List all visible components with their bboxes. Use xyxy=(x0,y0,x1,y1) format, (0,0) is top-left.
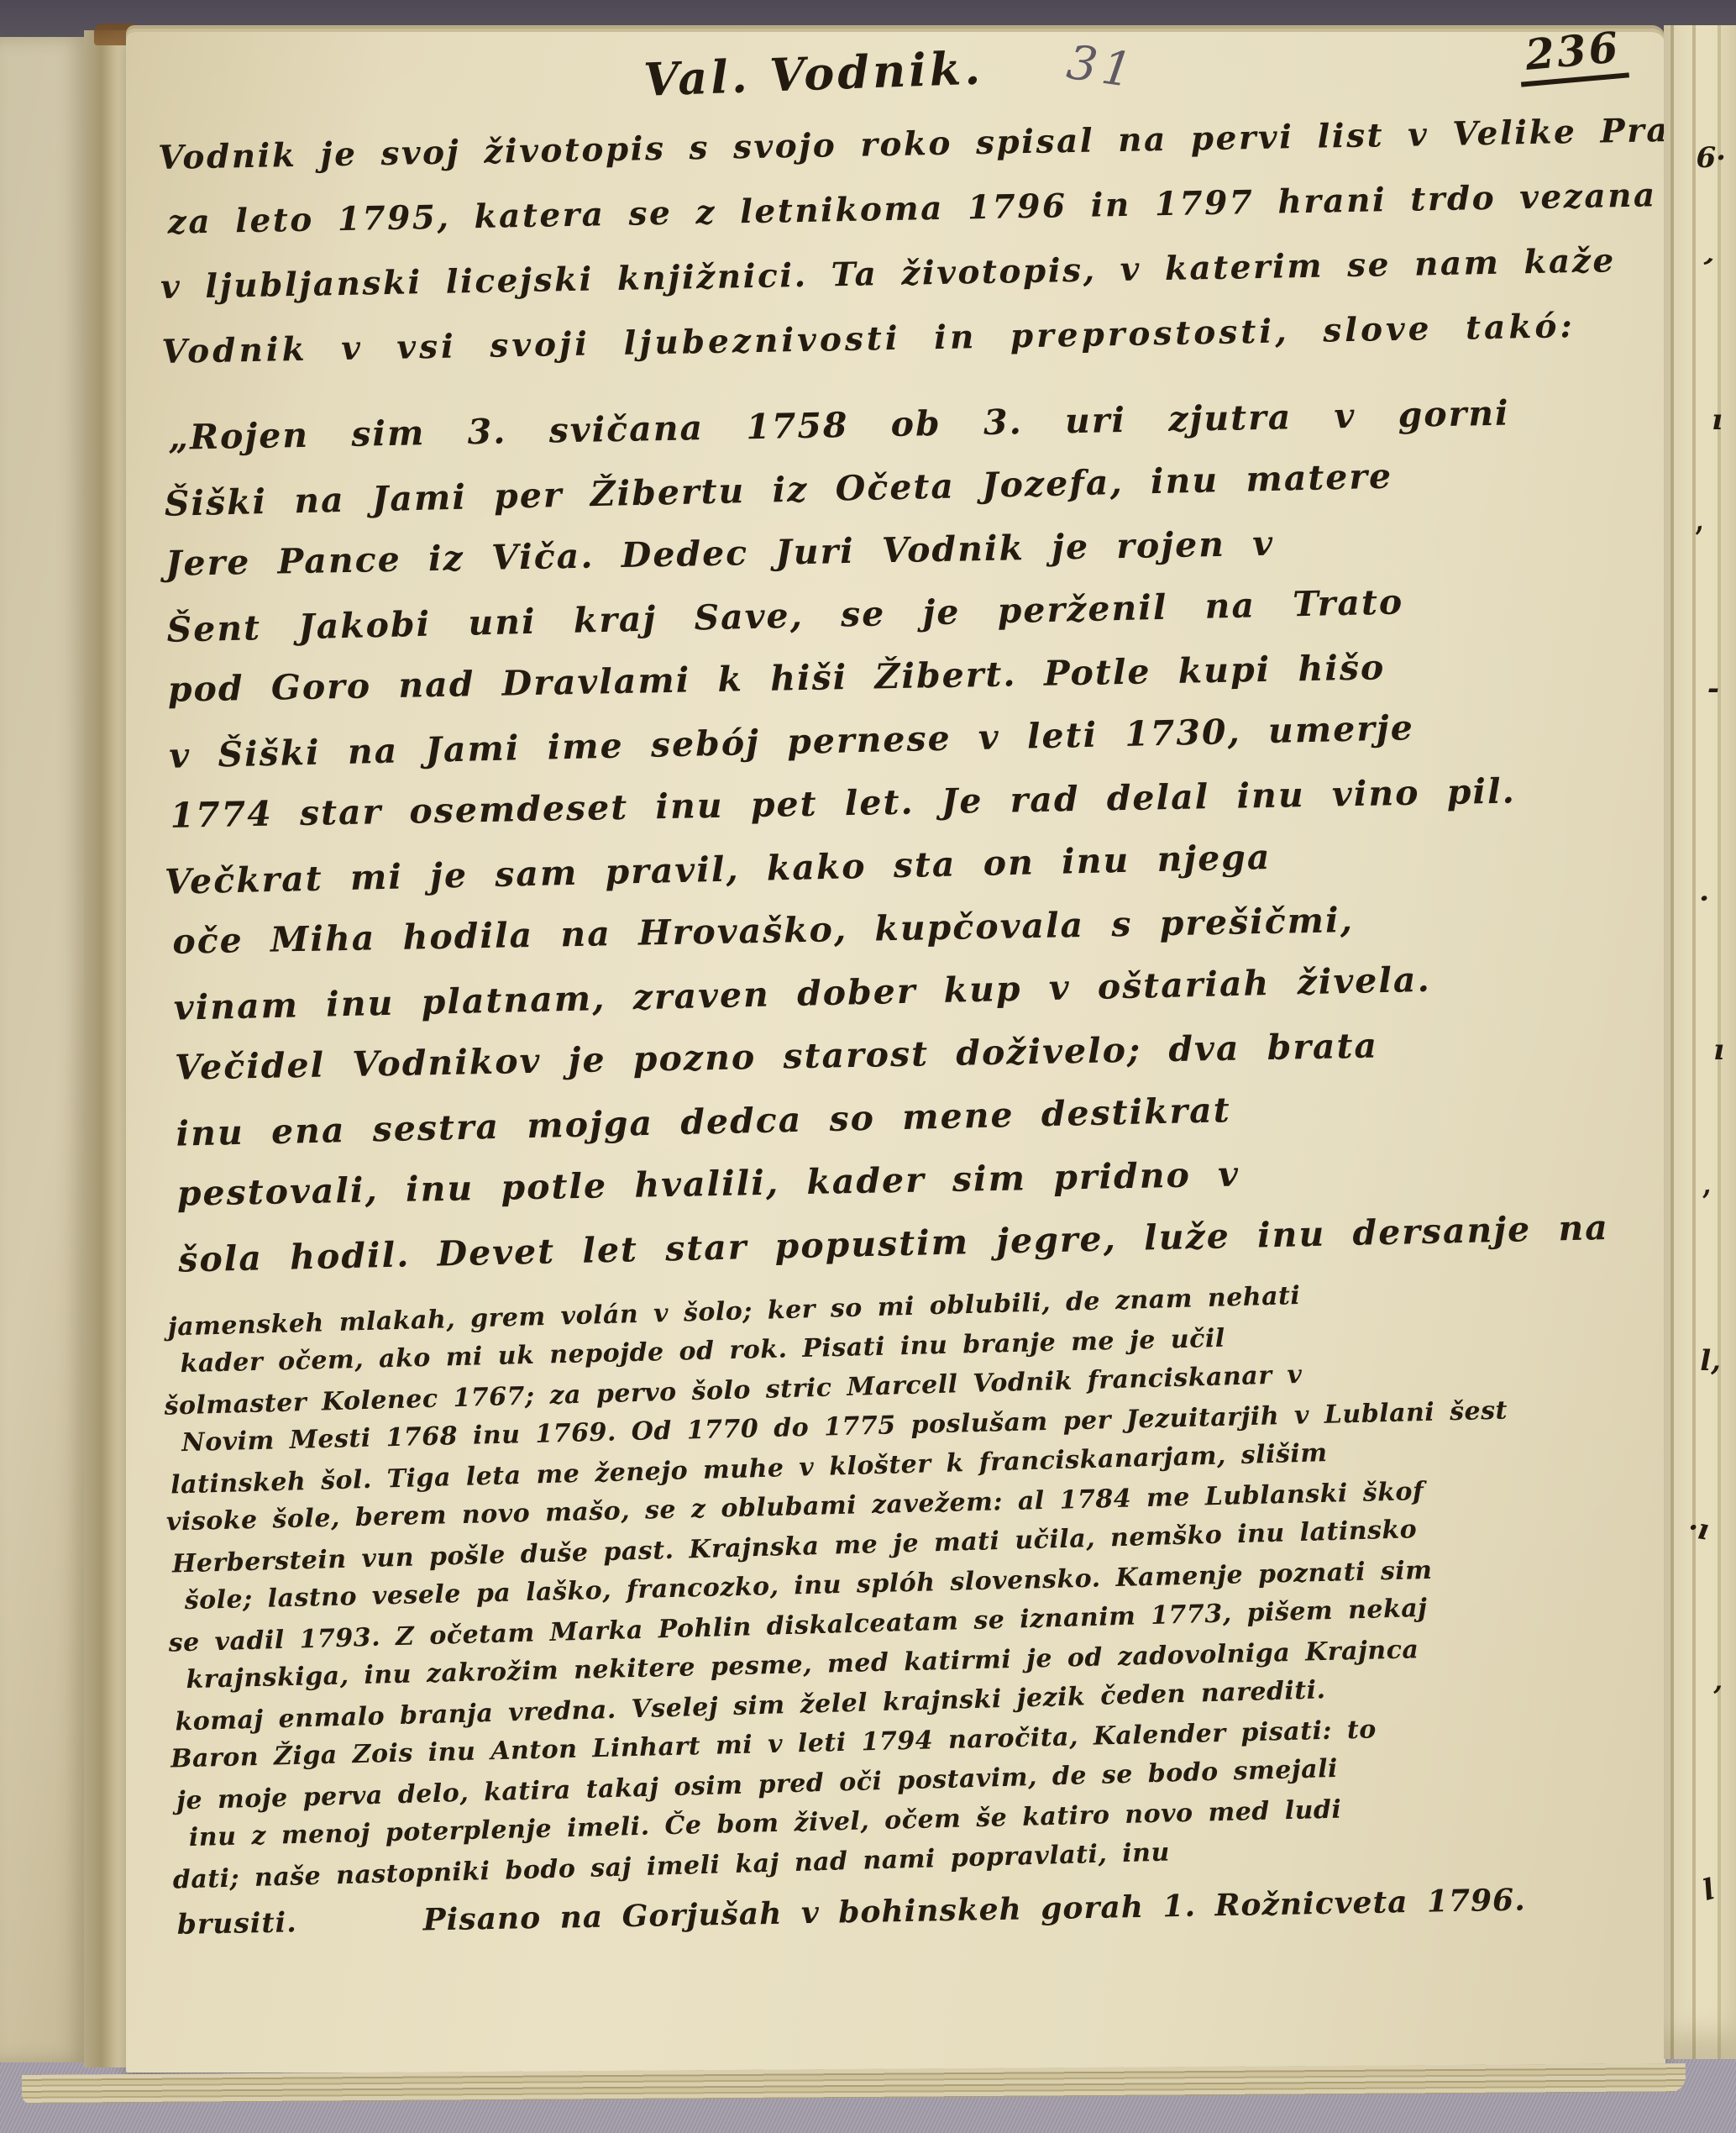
ink-fragment: ’ xyxy=(1700,1184,1714,1218)
ink-fragment: ı xyxy=(1713,1033,1724,1067)
ink-fragment: l, xyxy=(1700,1344,1721,1378)
fore-edge-pages: 6·’ı’-·ı’l,·ı’l xyxy=(1664,25,1736,2059)
ink-fragment: l xyxy=(1699,1873,1718,1908)
ink-fragment: 6· xyxy=(1697,141,1727,175)
ink-fragment: · xyxy=(1695,881,1712,917)
pencil-annotation: 31 xyxy=(1063,35,1140,99)
photographed-manuscript-scene: Val. Vodnik. 31 236 Vodnik je svoj život… xyxy=(0,0,1736,2133)
manuscript-page: Val. Vodnik. 31 236 Vodnik je svoj život… xyxy=(126,32,1665,2073)
ink-fragment: ı xyxy=(1712,403,1723,437)
ink-fragment: ·ı xyxy=(1686,1510,1712,1547)
facing-page-edge xyxy=(0,37,87,2062)
ink-fragment: ’ xyxy=(1692,520,1709,555)
closing-word: brusiti. xyxy=(176,1895,297,1952)
next-page-ink-fragments: 6·’ı’-·ı’l,·ı’l xyxy=(1672,126,1731,1958)
folio-number: 236 xyxy=(1516,22,1629,87)
ink-fragment: ’ xyxy=(1696,251,1717,286)
autobiography-dense-paragraph: jamenskeh mlakah, grem volán v šolo; ker… xyxy=(179,1273,1682,1892)
open-book: Val. Vodnik. 31 236 Vodnik je svoj život… xyxy=(0,25,1736,2084)
autobiography-paragraph: „Rojen sim 3. svičana 1758 ob 3. uri zju… xyxy=(163,379,1671,1288)
ink-fragment: - xyxy=(1707,672,1719,706)
page-title: Val. Vodnik. xyxy=(642,40,984,106)
manuscript-content: Val. Vodnik. 31 236 Vodnik je svoj život… xyxy=(156,26,1683,1951)
ink-fragment: ’ xyxy=(1712,1680,1723,1714)
intro-paragraph: Vodnik je svoj životopis s svojo roko sp… xyxy=(158,98,1655,385)
